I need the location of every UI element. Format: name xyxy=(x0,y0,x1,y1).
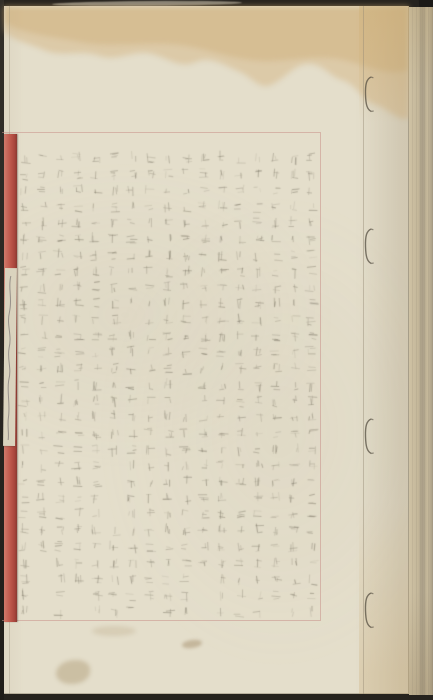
scan-background xyxy=(0,0,433,700)
binding-staple xyxy=(364,417,376,457)
stain-mark xyxy=(92,626,136,636)
binding-staple xyxy=(364,227,376,267)
binding-staple xyxy=(364,75,376,115)
binding-staple xyxy=(364,591,376,631)
